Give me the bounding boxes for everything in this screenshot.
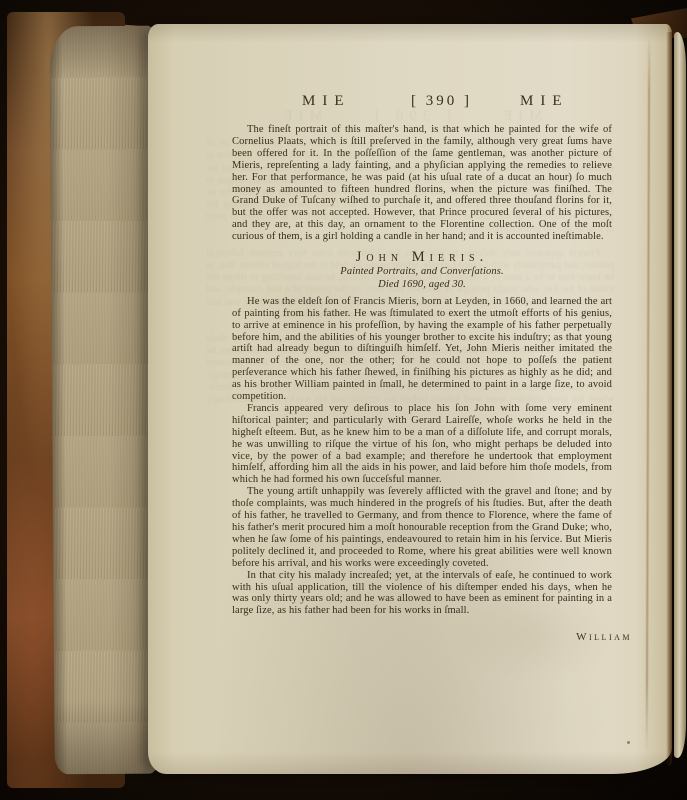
- paragraph-2: He was the eldeſt ſon of Francis Mieris,…: [232, 296, 612, 403]
- section-death-note: Died 1690, aged 30.: [232, 279, 612, 291]
- gutter-crease: [646, 34, 651, 754]
- paragraph-1: The fineſt portrait of this maſter's han…: [232, 124, 612, 243]
- paragraph-4: The young artiſt unhappily was ſeverely …: [232, 486, 612, 569]
- facing-page-edge: [674, 32, 686, 758]
- ink-speck: [627, 741, 630, 744]
- running-head-left: MIE: [302, 96, 351, 108]
- book-photo: MIE [ 390 ] MIE He was the eldeſt ſon of…: [0, 0, 687, 800]
- page-content: MIE [ 390 ] MIE The fineſt portrait of t…: [232, 96, 612, 644]
- paragraph-3: Francis appeared very deſirous to place …: [232, 403, 612, 486]
- book-page: MIE [ 390 ] MIE He was the eldeſt ſon of…: [148, 24, 672, 774]
- catchword: William: [232, 632, 632, 644]
- section-subtitle: Painted Portraits, and Converſations.: [232, 266, 612, 278]
- running-head: MIE [ 390 ] MIE: [232, 96, 612, 113]
- running-head-right: MIE: [520, 96, 569, 108]
- section-title: John Mieris.: [232, 252, 612, 264]
- paragraph-5: In that city his malady increaſed; yet, …: [232, 570, 612, 618]
- page-stack-fore-edge: [49, 26, 156, 775]
- page-number: [ 390 ]: [411, 96, 472, 108]
